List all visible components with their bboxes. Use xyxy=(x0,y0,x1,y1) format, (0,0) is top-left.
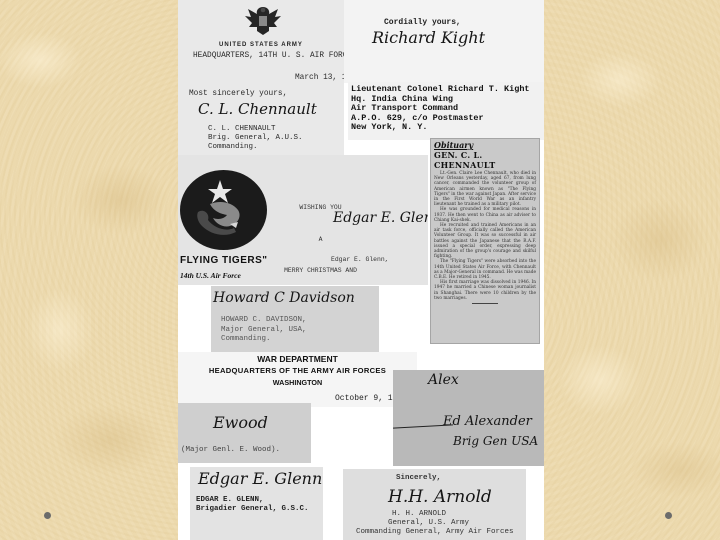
davidson-rank: Major General, USA, xyxy=(221,326,307,335)
obituary-rule xyxy=(472,303,498,304)
christmas-card: FLYING TIGERS" 14th U.S. Air Force WISHI… xyxy=(178,155,428,285)
alex-rank: Brig Gen USA xyxy=(453,434,538,448)
flying-tigers-subtitle: 14th U.S. Air Force xyxy=(180,271,241,280)
kight-closing: Cordially yours, xyxy=(384,18,461,27)
davidson-signature: Howard C Davidson xyxy=(213,290,355,306)
arnold-signature: H.H. Arnold xyxy=(388,487,492,507)
glenn-name: EDGAR E. GLENN, xyxy=(196,496,264,505)
xmas-glenn-signature: Edgar E. Glenn xyxy=(333,210,428,226)
wood-caption: (Major Genl. E. Wood). xyxy=(181,446,280,455)
prev-slide-dot[interactable] xyxy=(44,512,51,519)
army-label: UNITED STATES ARMY xyxy=(178,42,344,48)
obituary-paragraph: He recruited and trained Americans in an… xyxy=(434,223,536,259)
glenn-signature-card: Edgar E. Glenn EDGAR E. GLENN, Brigadier… xyxy=(190,467,323,540)
document-collage: UNITED STATES ARMY HEADQUARTERS, 14TH U.… xyxy=(178,0,544,540)
obituary-paragraph: He was grounded for medical reasons in 1… xyxy=(434,207,536,223)
arnold-rank: General, U.S. Army xyxy=(388,519,469,528)
letterhead-line-1: WAR DEPARTMENT xyxy=(178,354,417,364)
letterhead-line-3: WASHINGTON xyxy=(178,378,417,387)
flying-tigers-title: FLYING TIGERS" xyxy=(180,255,268,266)
letter-heading: HEADQUARTERS, 14TH U. S. AIR FORCE xyxy=(193,52,344,61)
chennault-letter: UNITED STATES ARMY HEADQUARTERS, 14TH U.… xyxy=(178,0,344,155)
address-line: New York, N. Y. xyxy=(351,123,428,133)
eagle-seal-icon xyxy=(242,3,284,37)
davidson-name: HOWARD C. DAVIDSON, xyxy=(221,316,307,325)
alexander-signature-card: Alex Ed Alexander Brig Gen USA xyxy=(393,370,544,466)
obituary-clipping: Obituary GEN. C. L. CHENNAULT Lt.-Gen. C… xyxy=(430,138,540,344)
obituary-paragraph: Lt.-Gen. Claire Lee Chennault, who died … xyxy=(434,171,536,207)
kight-signature: Richard Kight xyxy=(372,28,485,47)
alex-signature-top: Alex xyxy=(428,372,459,388)
arnold-name: H. H. ARNOLD xyxy=(392,510,446,519)
arnold-closing: Sincerely, xyxy=(396,474,441,483)
signer-rank: Brig. General, A.U.S. xyxy=(208,134,303,143)
arnold-signature-card: Sincerely, H.H. Arnold H. H. ARNOLD Gene… xyxy=(343,469,526,540)
xmas-signer-block: Edgar E. Glenn, Brigadier General,GSC, C… xyxy=(331,236,415,285)
obituary-section-label: Obituary xyxy=(431,139,539,150)
alex-signature-bottom: Ed Alexander xyxy=(443,414,532,429)
signer-name: C. L. CHENNAULT xyxy=(208,125,276,134)
letter-date: March 13, 1943. xyxy=(295,74,344,83)
signer-role: Commanding. xyxy=(208,143,258,152)
signer-line: Brigadier General,GSC, xyxy=(331,284,415,286)
glenn-signature: Edgar E. Glenn xyxy=(198,469,322,488)
flying-tiger-insignia-icon xyxy=(180,170,267,250)
kight-letter-signature: Cordially yours, Richard Kight xyxy=(344,0,544,83)
next-slide-dot[interactable] xyxy=(665,512,672,519)
davidson-role: Commanding. xyxy=(221,335,271,344)
obituary-paragraph: The "Flying Tigers" were absorbed into t… xyxy=(434,259,536,280)
arnold-role: Commanding General, Army Air Forces xyxy=(356,528,514,537)
chennault-signature: C. L. Chennault xyxy=(198,100,317,118)
kight-address: Lieutenant Colonel Richard T. Kight Hq. … xyxy=(348,82,544,140)
signer-line: Edgar E. Glenn, xyxy=(331,255,415,265)
letter-closing: Most sincerely yours, xyxy=(189,90,287,99)
obituary-body: Lt.-Gen. Claire Lee Chennault, who died … xyxy=(431,170,539,305)
davidson-signature-card: Howard C Davidson HOWARD C. DAVIDSON, Ma… xyxy=(211,286,379,352)
glenn-rank: Brigadier General, G.S.C. xyxy=(196,505,309,514)
letterhead-line-2: HEADQUARTERS OF THE ARMY AIR FORCES xyxy=(178,366,417,375)
wood-signature: Ewood xyxy=(213,413,268,432)
war-department-letterhead: WAR DEPARTMENT HEADQUARTERS OF THE ARMY … xyxy=(178,352,417,407)
wood-signature-card: Ewood (Major Genl. E. Wood). xyxy=(178,403,311,463)
obituary-title: GEN. C. L. CHENNAULT xyxy=(431,150,539,170)
obituary-paragraph: His first marriage was dissolved in 1946… xyxy=(434,280,536,301)
